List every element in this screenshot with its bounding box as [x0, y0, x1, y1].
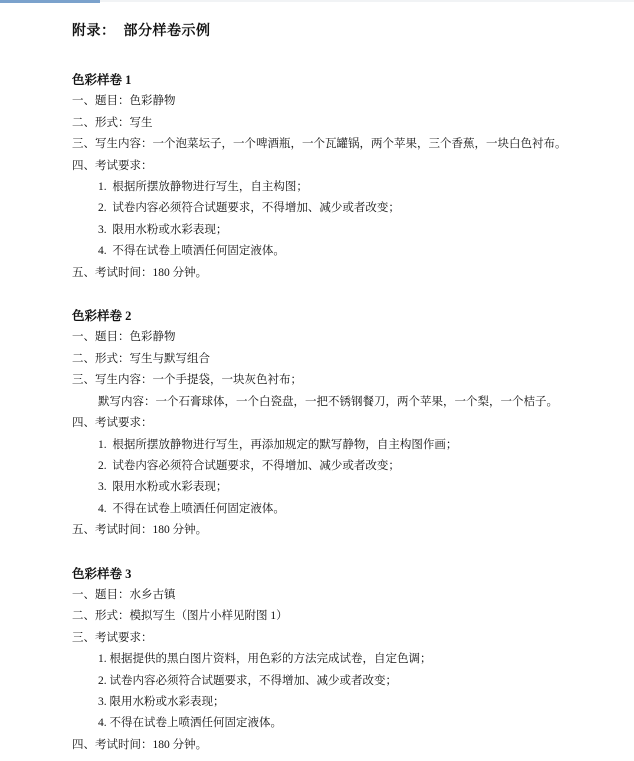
doc-list-item: 2. 试卷内容必须符合试题要求，不得增加、减少或者改变； — [98, 671, 616, 692]
doc-list-item: 3. 限用水粉或水彩表现； — [98, 220, 616, 241]
section-heading-2: 色彩样卷 2 — [72, 306, 616, 327]
section-sample-2: 色彩样卷 2 一、题目：色彩静物 二、形式：写生与默写组合 三、写生内容：一个手… — [72, 306, 616, 541]
doc-line: 五、考试时间：180 分钟。 — [72, 263, 616, 284]
page-title: 附录： 部分样卷示例 — [72, 22, 616, 42]
doc-list-item: 3. 限用水粉或水彩表现； — [98, 692, 616, 713]
doc-list-item: 1. 根据所摆放静物进行写生，自主构图； — [98, 177, 616, 198]
document-page: 附录： 部分样卷示例 色彩样卷 1 一、题目：色彩静物 二、形式：写生 三、写生… — [0, 0, 634, 761]
doc-line: 三、写生内容：一个泡菜坛子，一个啤酒瓶，一个瓦罐锅，两个苹果，三个香蕉，一块白色… — [72, 134, 616, 155]
doc-line: 五、考试时间：180 分钟。 — [72, 520, 616, 541]
doc-list-item: 1. 根据所摆放静物进行写生，再添加规定的默写静物，自主构图作画； — [98, 435, 616, 456]
doc-line: 二、形式：写生 — [72, 113, 616, 134]
doc-line: 一、题目：色彩静物 — [72, 91, 616, 112]
section-sample-1: 色彩样卷 1 一、题目：色彩静物 二、形式：写生 三、写生内容：一个泡菜坛子，一… — [72, 70, 616, 284]
doc-line: 二、形式：模拟写生（图片小样见附图 1） — [72, 606, 616, 627]
doc-line: 一、题目：水乡古镇 — [72, 585, 616, 606]
doc-line: 四、考试要求： — [72, 156, 616, 177]
doc-list-item: 1. 根据提供的黑白图片资料，用色彩的方法完成试卷，自定色调； — [98, 649, 616, 670]
doc-list-item: 4. 不得在试卷上喷洒任何固定液体。 — [98, 713, 616, 734]
section-heading-3: 色彩样卷 3 — [72, 564, 616, 585]
doc-list-item: 4. 不得在试卷上喷洒任何固定液体。 — [98, 241, 616, 262]
section-heading-1: 色彩样卷 1 — [72, 70, 616, 91]
doc-line: 三、写生内容：一个手提袋，一块灰色衬布； — [72, 370, 616, 391]
doc-list-item: 4. 不得在试卷上喷洒任何固定液体。 — [98, 499, 616, 520]
doc-line: 四、考试要求： — [72, 413, 616, 434]
doc-list-item: 3. 限用水粉或水彩表现； — [98, 477, 616, 498]
doc-list-item: 2. 试卷内容必须符合试题要求，不得增加、减少或者改变； — [98, 456, 616, 477]
doc-line: 一、题目：色彩静物 — [72, 327, 616, 348]
doc-line: 四、考试时间：180 分钟。 — [72, 735, 616, 756]
doc-line: 默写内容：一个石膏球体，一个白瓷盘，一把不锈钢餐刀，两个苹果，一个梨，一个桔子。 — [98, 392, 616, 413]
doc-line: 二、形式：写生与默写组合 — [72, 349, 616, 370]
doc-line: 三、考试要求： — [72, 628, 616, 649]
doc-list-item: 2. 试卷内容必须符合试题要求，不得增加、减少或者改变； — [98, 198, 616, 219]
section-sample-3: 色彩样卷 3 一、题目：水乡古镇 二、形式：模拟写生（图片小样见附图 1） 三、… — [72, 564, 616, 757]
